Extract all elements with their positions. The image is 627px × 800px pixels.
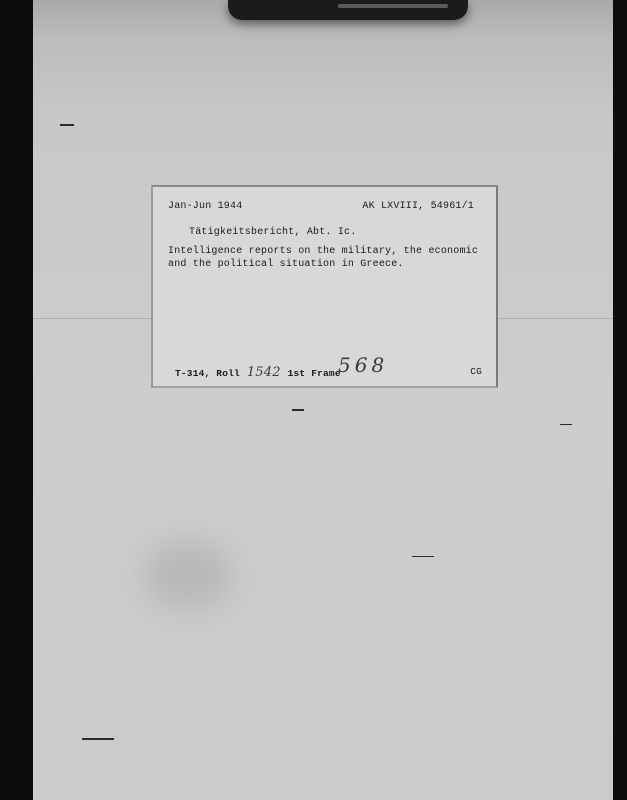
scan-speck [560, 424, 572, 425]
record-description: Intelligence reports on the military, th… [168, 245, 493, 271]
microfilm-page [33, 0, 613, 800]
series-roll-label: T-314, Roll [175, 368, 240, 379]
date-range: Jan-Jun 1944 [168, 201, 242, 212]
scan-speck [82, 738, 114, 740]
record-title: Tätigkeitsbericht, Abt. Ic. [189, 227, 356, 238]
index-card: Jan-Jun 1944 AK LXVIII, 54961/1 Tätigkei… [151, 185, 498, 388]
scan-speck [292, 409, 304, 411]
film-locator: T-314, Roll 1542 1st Frame [175, 365, 341, 380]
scan-speck [60, 124, 74, 126]
first-frame-label: 1st Frame [288, 368, 341, 379]
binder-clip [228, 0, 468, 20]
archive-reference: AK LXVIII, 54961/1 [362, 201, 474, 212]
cataloger-initials: CG [470, 366, 482, 377]
scan-speck [412, 556, 434, 557]
first-frame-number: 568 [338, 353, 388, 377]
roll-number: 1542 [247, 365, 281, 380]
